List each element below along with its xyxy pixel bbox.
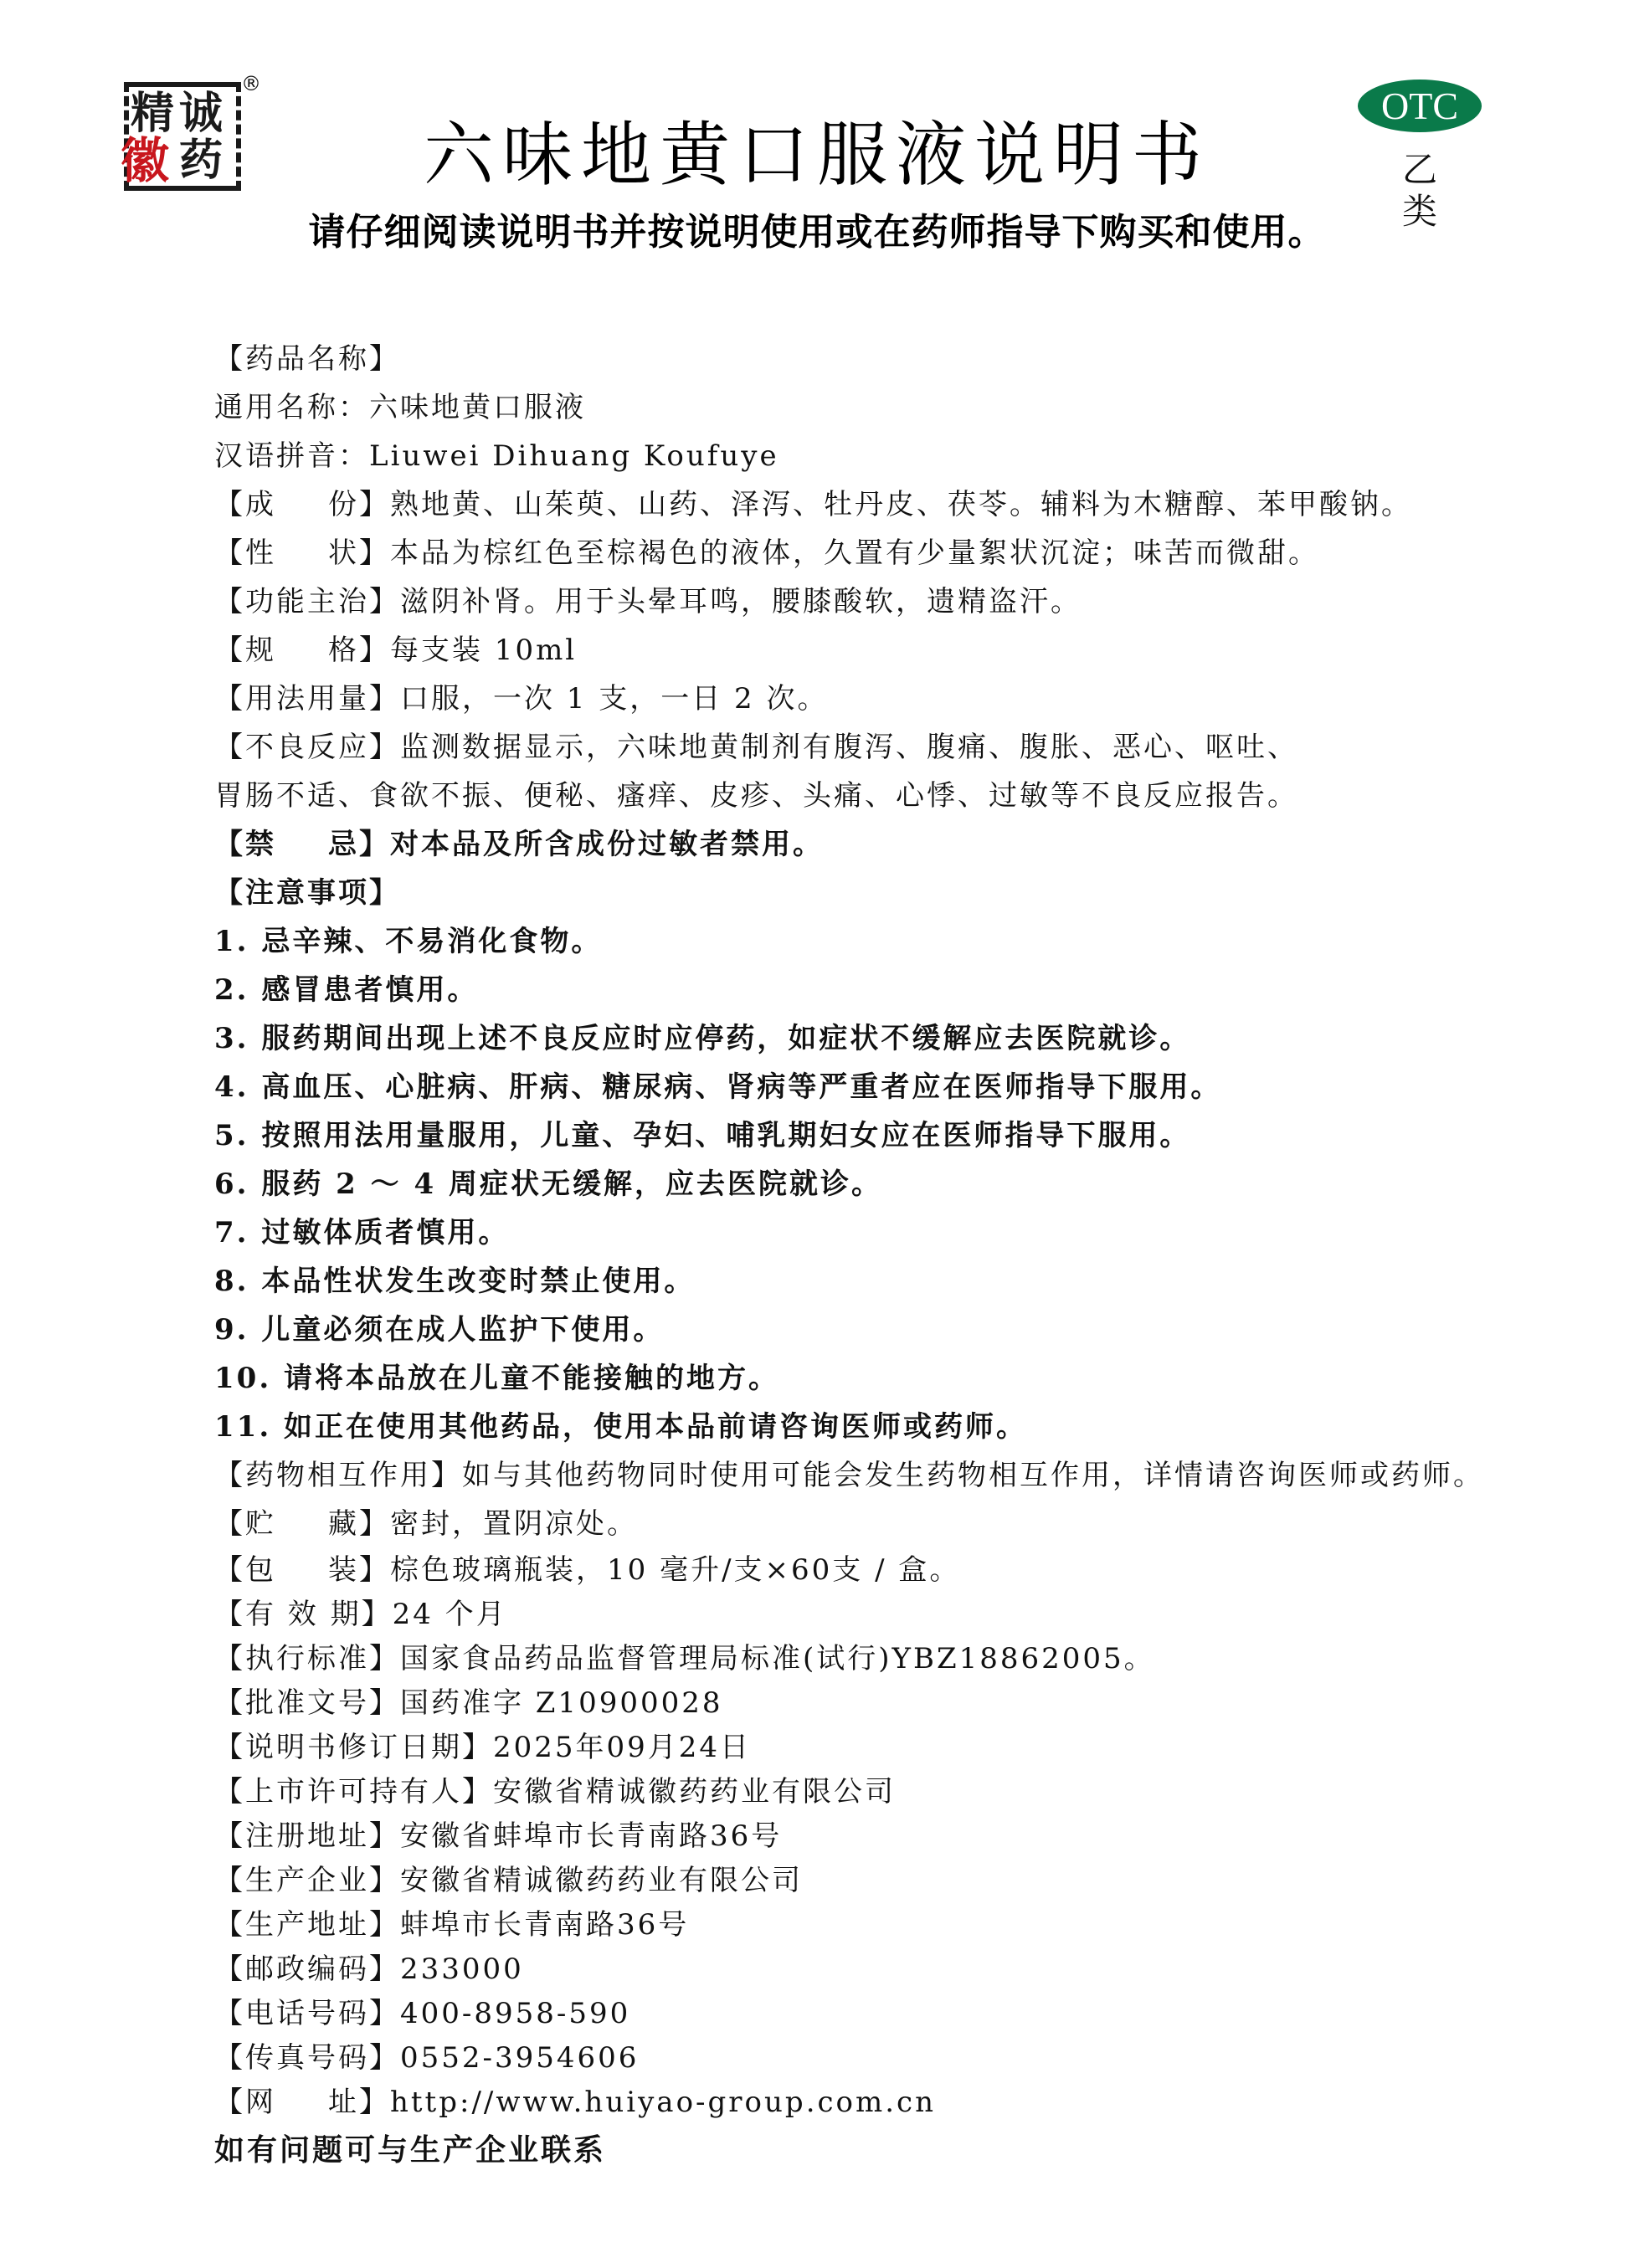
field-label: 汉语拼音：: [214, 439, 369, 473]
field-label: 通用名称：: [214, 391, 369, 424]
label-part: 【禁: [214, 820, 276, 869]
row-ingredients: 【成份】熟地黄、山茱萸、山药、泽泻、牡丹皮、茯苓。辅料为木糖醇、苯甲酸钠。: [214, 480, 1520, 529]
field-value: 胃肠不适、食欲不振、便秘、瘙痒、皮疹、头痛、心悸、过敏等不良反应报告。: [214, 779, 1298, 813]
section-heading: 【注意事项】: [214, 876, 400, 910]
field-value: 蚌埠市长青南路36号: [400, 1908, 689, 1942]
precaution-item: 7. 过敏体质者慎用。: [214, 1208, 1520, 1257]
label-part: 【性: [214, 529, 276, 577]
row-shelf-life: 【有 效 期】24 个月: [214, 1593, 1520, 1637]
row-adverse-reactions: 【不良反应】监测数据显示，六味地黄制剂有腹泻、腹痛、腹胀、恶心、呕吐、: [214, 723, 1520, 772]
field-value: 滋阴补肾。用于头晕耳鸣，腰膝酸软，遗精盗汗。: [400, 585, 1082, 618]
field-value: 233000: [400, 1952, 524, 1986]
leaflet-body: 【药品名称】 通用名称：六味地黄口服液 汉语拼音：Liuwei Dihuang …: [214, 335, 1520, 2173]
row-pinyin: 汉语拼音：Liuwei Dihuang Koufuye: [214, 432, 1520, 480]
field-label: 【生产企业】: [214, 1864, 400, 1897]
field-value: 安徽省精诚徽药药业有限公司: [400, 1864, 803, 1897]
row-dosage: 【用法用量】口服，一次 1 支，一日 2 次。: [214, 675, 1520, 723]
field-label: 【批准文号】: [214, 1686, 400, 1720]
field-label: 【用法用量】: [214, 682, 400, 716]
precaution-item: 5. 按照用法用量服用，儿童、孕妇、哺乳期妇女应在医师指导下服用。: [214, 1111, 1520, 1160]
field-value: 国家食品药品监督管理局标准(试行)YBZ18862005。: [400, 1642, 1155, 1675]
row-description: 【性状】本品为棕红色至棕褐色的液体，久置有少量絮状沉淀；味苦而微甜。: [214, 529, 1520, 577]
field-label: 【注册地址】: [214, 1819, 400, 1853]
precaution-item: 9. 儿童必须在成人监护下使用。: [214, 1306, 1520, 1354]
label-part: 藏】: [328, 1500, 390, 1548]
field-value: Liuwei Dihuang Koufuye: [369, 439, 779, 473]
label-part: 格】: [328, 626, 390, 675]
row-standard: 【执行标准】国家食品药品监督管理局标准(试行)YBZ18862005。: [214, 1637, 1520, 1681]
otc-badge-label: OTC: [1381, 84, 1458, 128]
row-interactions: 【药物相互作用】如与其他药物同时使用可能会发生药物相互作用，详情请咨询医师或药师…: [214, 1451, 1520, 1500]
registered-trademark-icon: ®: [241, 72, 261, 95]
label-part: 装】: [328, 1548, 390, 1593]
field-label: 【规格】: [214, 626, 390, 675]
field-value: 如与其他药物同时使用可能会发生药物相互作用，详情请咨询医师或药师。: [462, 1459, 1484, 1492]
label-part: 状】: [328, 529, 390, 577]
row-adverse-reactions-cont: 胃肠不适、食欲不振、便秘、瘙痒、皮疹、头痛、心悸、过敏等不良反应报告。: [214, 772, 1520, 820]
label-part: 【成: [214, 480, 276, 529]
row-phone: 【电话号码】400-8958-590: [214, 1992, 1520, 2036]
row-specification: 【规格】每支装 10ml: [214, 626, 1520, 675]
precaution-item: 4. 高血压、心脏病、肝病、糖尿病、肾病等严重者应在医师指导下服用。: [214, 1063, 1520, 1111]
field-value: 安徽省蚌埠市长青南路36号: [400, 1819, 782, 1853]
precaution-item: 11. 如正在使用其他药品，使用本品前请咨询医师或药师。: [214, 1403, 1520, 1451]
label-part: 忌】: [328, 820, 390, 869]
contact-note: 如有问题可与生产企业联系: [214, 2128, 1520, 2173]
field-value: 24 个月: [393, 1598, 507, 1631]
field-label: 【说明书修订日期】: [214, 1731, 493, 1764]
field-value: 安徽省精诚徽药药业有限公司: [493, 1775, 896, 1809]
otc-badge: OTC: [1358, 80, 1482, 132]
otc-category: 乙类: [1358, 149, 1482, 233]
row-manufacturer: 【生产企业】安徽省精诚徽药药业有限公司: [214, 1859, 1520, 1903]
phone-number: 400-8958-590: [400, 1997, 630, 2030]
field-label: 【功能主治】: [214, 585, 400, 618]
label-part: 【贮: [214, 1500, 276, 1548]
row-contraindications: 【禁忌】对本品及所含成份过敏者禁用。: [214, 820, 1520, 869]
label-part: 址】: [328, 2081, 390, 2125]
row-packaging: 【包装】棕色玻璃瓶装，10 毫升/支×60支 / 盒。: [214, 1548, 1520, 1593]
field-value: 监测数据显示，六味地黄制剂有腹泻、腹痛、腹胀、恶心、呕吐、: [400, 731, 1298, 764]
field-value: 本品为棕红色至棕褐色的液体，久置有少量絮状沉淀；味苦而微甜。: [390, 536, 1319, 570]
precaution-item: 8. 本品性状发生改变时禁止使用。: [214, 1257, 1520, 1306]
label-part: 【规: [214, 626, 276, 675]
field-label: 【邮政编码】: [214, 1952, 400, 1986]
label-part: 【网: [214, 2081, 276, 2125]
label-part: 份】: [328, 480, 390, 529]
section-heading: 【药品名称】: [214, 342, 400, 376]
field-label: 【上市许可持有人】: [214, 1775, 493, 1809]
precaution-item: 1. 忌辛辣、不易消化食物。: [214, 917, 1520, 966]
field-label: 【成份】: [214, 480, 390, 529]
row-registered-address: 【注册地址】安徽省蚌埠市长青南路36号: [214, 1814, 1520, 1859]
field-value: 棕色玻璃瓶装，10 毫升/支×60支 / 盒。: [390, 1553, 960, 1587]
section-precautions: 【注意事项】: [214, 869, 1520, 917]
row-postal-code: 【邮政编码】233000: [214, 1947, 1520, 1992]
field-value: 六味地黄口服液: [369, 391, 586, 424]
field-label: 【执行标准】: [214, 1642, 400, 1675]
precaution-item: 10. 请将本品放在儿童不能接触的地方。: [214, 1354, 1520, 1403]
row-revision-date: 【说明书修订日期】2025年09月24日: [214, 1726, 1520, 1770]
field-value: 口服，一次 1 支，一日 2 次。: [400, 682, 829, 716]
field-value: 国药准字 Z10900028: [400, 1686, 723, 1720]
field-label: 【电话号码】: [214, 1997, 400, 2030]
row-approval-number: 【批准文号】国药准字 Z10900028: [214, 1681, 1520, 1726]
label-part: 【包: [214, 1548, 276, 1593]
row-website: 【网址】http://www.huiyao-group.com.cn: [214, 2081, 1520, 2125]
field-label: 【网址】: [214, 2081, 390, 2125]
section-drug-name: 【药品名称】: [214, 335, 1520, 383]
field-label: 【贮藏】: [214, 1500, 390, 1548]
field-label: 【生产地址】: [214, 1908, 400, 1942]
website-link[interactable]: http://www.huiyao-group.com.cn: [390, 2086, 936, 2119]
precaution-item: 2. 感冒患者慎用。: [214, 966, 1520, 1014]
row-indications: 【功能主治】滋阴补肾。用于头晕耳鸣，腰膝酸软，遗精盗汗。: [214, 577, 1520, 626]
row-storage: 【贮藏】密封，置阴凉处。: [214, 1500, 1520, 1548]
row-production-address: 【生产地址】蚌埠市长青南路36号: [214, 1903, 1520, 1947]
field-label: 【禁忌】: [214, 820, 390, 869]
field-label: 【不良反应】: [214, 731, 400, 764]
fax-number: 0552-3954606: [400, 2041, 639, 2075]
field-value: 2025年09月24日: [493, 1731, 751, 1764]
row-generic-name: 通用名称：六味地黄口服液: [214, 383, 1520, 432]
precaution-item: 3. 服药期间出现上述不良反应时应停药，如症状不缓解应去医院就诊。: [214, 1014, 1520, 1063]
field-label: 【有 效 期】: [214, 1598, 393, 1631]
field-value: 对本品及所含成份过敏者禁用。: [390, 828, 824, 861]
field-value: 每支装 10ml: [390, 634, 577, 667]
row-fax: 【传真号码】0552-3954606: [214, 2036, 1520, 2081]
field-label: 【性状】: [214, 529, 390, 577]
field-value: 密封，置阴凉处。: [390, 1507, 638, 1541]
field-label: 【包装】: [214, 1548, 390, 1593]
field-label: 【传真号码】: [214, 2041, 400, 2075]
field-value: 熟地黄、山茱萸、山药、泽泻、牡丹皮、茯苓。辅料为木糖醇、苯甲酸钠。: [390, 488, 1412, 521]
field-label: 【药物相互作用】: [214, 1459, 462, 1492]
row-license-holder: 【上市许可持有人】安徽省精诚徽药药业有限公司: [214, 1770, 1520, 1814]
precaution-item: 6. 服药 2 ～ 4 周症状无缓解，应去医院就诊。: [214, 1160, 1520, 1208]
